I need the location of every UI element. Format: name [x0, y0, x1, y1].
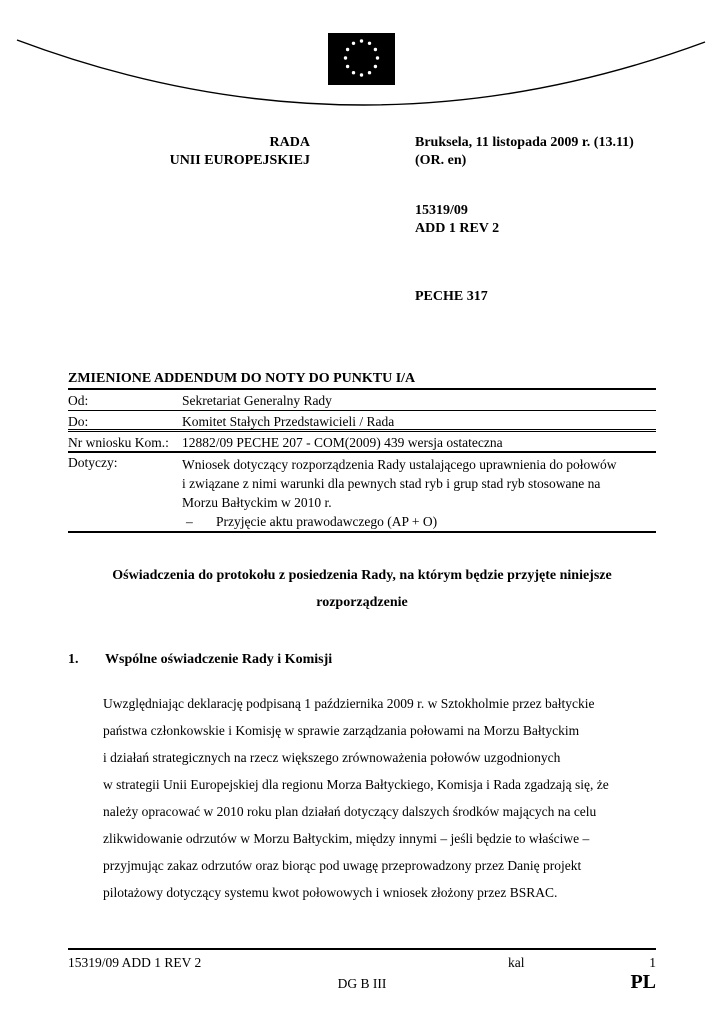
declarations-heading: Oświadczenia do protokołu z posiedzenia … — [68, 562, 656, 616]
body-paragraph: Uwzględniając deklarację podpisaną 1 paź… — [103, 690, 609, 906]
subject-text: Wniosek dotyczący rozporządzenia Rady us… — [182, 455, 656, 512]
dash-bullet: – — [186, 512, 216, 531]
section-title: Wspólne oświadczenie Rady i Komisji — [105, 652, 332, 667]
document-number-block: 15319/09ADD 1 REV 2 — [415, 202, 499, 238]
row-proposal-label: Nr wniosku Kom.: — [68, 433, 182, 452]
eu-stars-emblem — [328, 33, 395, 85]
row-proposal-value: 12882/09 PECHE 207 - COM(2009) 439 wersj… — [182, 433, 656, 452]
page-footer: 15319/09 ADD 1 REV 2 kal 1 DG B III PL — [68, 948, 656, 992]
document-suffix: ADD 1 REV 2 — [415, 221, 499, 236]
footer-dg: DG B III — [68, 975, 656, 992]
sub-item-text: Przyjęcie aktu prawodawczego (AP + O) — [216, 514, 437, 529]
institution-line1: RADA — [270, 135, 310, 150]
table-row: Od: Sekretariat Generalny Rady — [68, 390, 656, 411]
institution-name: RADAUNII EUROPEJSKIEJ — [68, 134, 310, 170]
row-to-label: Do: — [68, 412, 182, 431]
subject-code: PECHE 317 — [415, 288, 488, 306]
section-number: 1. — [68, 651, 105, 669]
place-date-block: Bruksela, 11 listopada 2009 r. (13.11)(O… — [415, 134, 634, 170]
section-1-heading: 1.Wspólne oświadczenie Rady i Komisji — [68, 651, 656, 669]
table-row: Nr wniosku Kom.: 12882/09 PECHE 207 - CO… — [68, 432, 656, 453]
footer-page-number: 1 — [649, 954, 656, 971]
subject-sub-item: –Przyjęcie aktu prawodawczego (AP + O) — [182, 512, 656, 531]
row-from-value: Sekretariat Generalny Rady — [182, 391, 656, 410]
meta-table-title: ZMIENIONE ADDENDUM DO NOTY DO PUNKTU I/A — [68, 370, 656, 390]
document-page: RADAUNII EUROPEJSKIEJ Bruksela, 11 listo… — [0, 0, 724, 1024]
footer-language: PL — [630, 972, 656, 992]
row-subject-label: Dotyczy: — [68, 455, 182, 471]
header-artwork — [0, 0, 724, 125]
meta-table: ZMIENIONE ADDENDUM DO NOTY DO PUNKTU I/A… — [68, 370, 656, 533]
footer-line-1: 15319/09 ADD 1 REV 2 kal 1 — [68, 954, 656, 971]
place-date-line: Bruksela, 11 listopada 2009 r. (13.11) — [415, 135, 634, 150]
footer-doc-ref: 15319/09 ADD 1 REV 2 — [68, 955, 201, 970]
document-number: 15319/09 — [415, 203, 468, 218]
table-row: Do: Komitet Stałych Przedstawicieli / Ra… — [68, 411, 656, 432]
table-row: Dotyczy: Wniosek dotyczący rozporządzeni… — [68, 453, 656, 533]
institution-line2: UNII EUROPEJSKIEJ — [170, 153, 310, 168]
footer-initials: kal — [508, 954, 525, 971]
row-from-label: Od: — [68, 391, 182, 410]
row-to-value: Komitet Stałych Przedstawicieli / Rada — [182, 412, 656, 431]
original-language-line: (OR. en) — [415, 153, 466, 168]
row-subject-value: Wniosek dotyczący rozporządzenia Rady us… — [182, 455, 656, 531]
